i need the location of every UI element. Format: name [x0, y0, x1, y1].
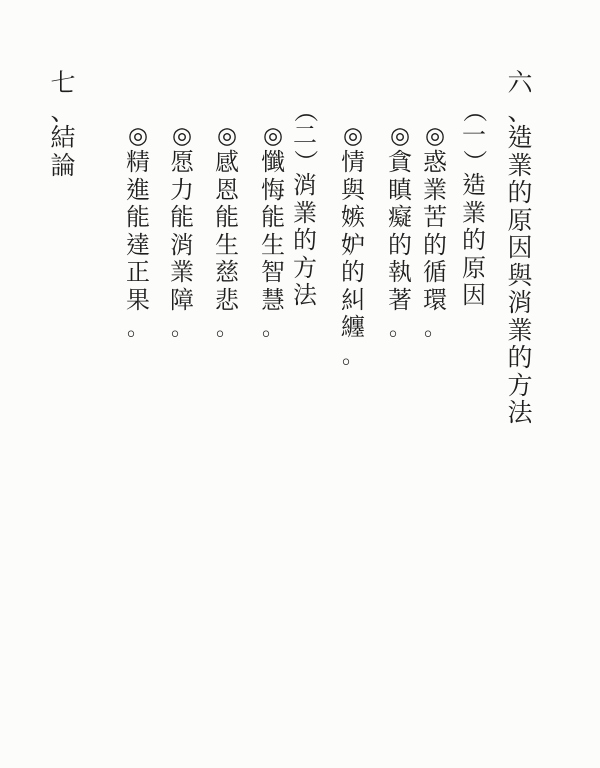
glyph: 妒	[339, 232, 367, 260]
glyph: 因	[460, 283, 488, 311]
glyph: 生	[259, 232, 287, 260]
glyph: 正	[124, 260, 152, 288]
glyph: 業	[506, 318, 534, 346]
glyph: 愿	[168, 150, 196, 178]
glyph: 慈	[213, 260, 241, 288]
glyph: 原	[460, 255, 488, 283]
glyph: 能	[259, 205, 287, 233]
glyph: 能	[124, 205, 152, 233]
ideographic-period: 。	[421, 315, 449, 343]
section-heading-column: 七、結論	[49, 70, 77, 180]
ideographic-comma: 、	[506, 98, 534, 126]
glyph: 悔	[259, 177, 287, 205]
bullseye-bullet-icon: ◎	[339, 122, 367, 150]
glyph: 慧	[259, 287, 287, 315]
list-item-column: ◎感恩能生慈悲。	[213, 122, 241, 342]
glyph: 的	[386, 232, 414, 260]
vertical-paren: ）	[463, 147, 486, 175]
glyph: 因	[506, 235, 534, 263]
glyph: 的	[506, 180, 534, 208]
glyph: 力	[168, 177, 196, 205]
glyph: 六	[506, 70, 534, 98]
ideographic-period: 。	[259, 315, 287, 343]
section-heading-column: 六、造業的原因與消業的方法	[506, 70, 534, 428]
glyph: 的	[291, 228, 319, 256]
ideographic-period: 。	[386, 315, 414, 343]
list-item-column: ◎情與嫉妒的糾纏。	[339, 122, 367, 370]
glyph: 業	[460, 200, 488, 228]
glyph: 進	[124, 177, 152, 205]
glyph: 一	[460, 122, 488, 150]
glyph: 生	[213, 232, 241, 260]
glyph: 法	[291, 283, 319, 311]
glyph: 糾	[339, 287, 367, 315]
glyph: 業	[291, 200, 319, 228]
glyph: 智	[259, 260, 287, 288]
glyph: 方	[291, 255, 319, 283]
glyph: 業	[168, 260, 196, 288]
glyph: 環	[421, 287, 449, 315]
glyph: 嫉	[339, 205, 367, 233]
glyph: 懺	[259, 150, 287, 178]
vertical-paren: ）	[294, 147, 317, 175]
ideographic-period: 。	[124, 315, 152, 343]
glyph: 惑	[421, 150, 449, 178]
glyph: 原	[506, 208, 534, 236]
glyph: 著	[386, 287, 414, 315]
glyph: 消	[506, 290, 534, 318]
glyph: 與	[506, 263, 534, 291]
ideographic-period: 。	[168, 315, 196, 343]
glyph: 能	[168, 205, 196, 233]
glyph: 結	[49, 125, 77, 153]
glyph: 法	[506, 400, 534, 428]
vertical-paren: （	[463, 97, 486, 125]
glyph: 的	[460, 228, 488, 256]
glyph: 的	[506, 345, 534, 373]
bullseye-bullet-icon: ◎	[421, 122, 449, 150]
glyph: 達	[124, 232, 152, 260]
list-item-column: ◎懺悔能生智慧。	[259, 122, 287, 342]
glyph: 業	[421, 177, 449, 205]
bullseye-bullet-icon: ◎	[213, 122, 241, 150]
glyph: 感	[213, 150, 241, 178]
ideographic-period: 。	[339, 342, 367, 370]
subsection-heading-column: （一）造業的原因	[460, 99, 488, 310]
glyph: 悲	[213, 287, 241, 315]
glyph: 造	[460, 173, 488, 201]
glyph: 論	[49, 153, 77, 181]
bullseye-bullet-icon: ◎	[259, 122, 287, 150]
bullseye-bullet-icon: ◎	[168, 122, 196, 150]
glyph: 執	[386, 260, 414, 288]
glyph: 方	[506, 373, 534, 401]
glyph: 恩	[213, 177, 241, 205]
glyph: 纏	[339, 315, 367, 343]
scanned-page: 六、造業的原因與消業的方法（一）造業的原因◎惑業苦的循環。◎貪瞋癡的執著。◎情與…	[0, 0, 600, 768]
glyph: 造	[506, 125, 534, 153]
glyph: 的	[339, 260, 367, 288]
glyph: 業	[506, 153, 534, 181]
glyph: 循	[421, 260, 449, 288]
glyph: 障	[168, 287, 196, 315]
glyph: 精	[124, 150, 152, 178]
glyph: 果	[124, 287, 152, 315]
glyph: 癡	[386, 205, 414, 233]
list-item-column: ◎精進能達正果。	[124, 122, 152, 342]
glyph: 與	[339, 177, 367, 205]
list-item-column: ◎愿力能消業障。	[168, 122, 196, 342]
bullseye-bullet-icon: ◎	[386, 122, 414, 150]
glyph: 情	[339, 150, 367, 178]
glyph: 瞋	[386, 177, 414, 205]
vertical-text-columns: 六、造業的原因與消業的方法（一）造業的原因◎惑業苦的循環。◎貪瞋癡的執著。◎情與…	[0, 0, 600, 768]
vertical-paren: （	[294, 97, 317, 125]
ideographic-period: 。	[213, 315, 241, 343]
glyph: 的	[421, 232, 449, 260]
list-item-column: ◎惑業苦的循環。	[421, 122, 449, 342]
bullseye-bullet-icon: ◎	[124, 122, 152, 150]
glyph: 消	[291, 173, 319, 201]
glyph: 七	[49, 70, 77, 98]
glyph: 二	[291, 122, 319, 150]
glyph: 消	[168, 232, 196, 260]
glyph: 能	[213, 205, 241, 233]
subsection-heading-column: （二）消業的方法	[291, 99, 319, 310]
list-item-column: ◎貪瞋癡的執著。	[386, 122, 414, 342]
ideographic-comma: 、	[49, 98, 77, 126]
glyph: 苦	[421, 205, 449, 233]
glyph: 貪	[386, 150, 414, 178]
